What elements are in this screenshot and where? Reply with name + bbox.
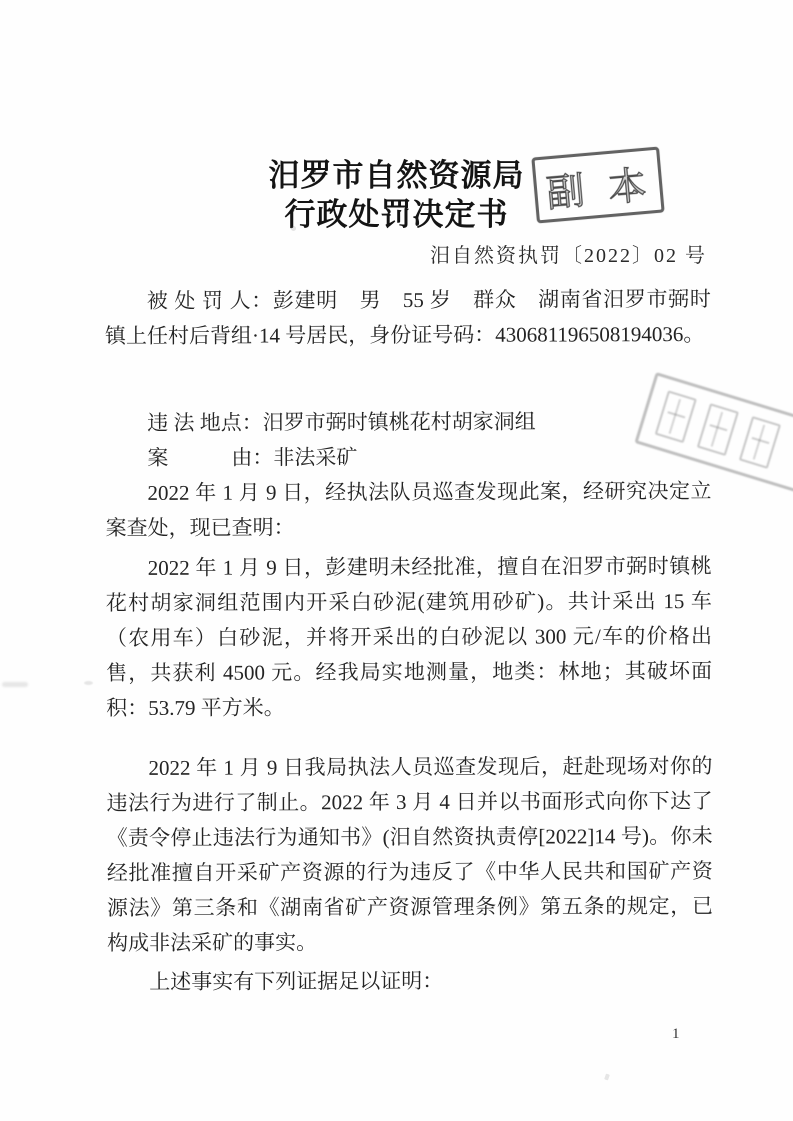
document-title: 汨罗市自然资源局 行政处罚决定书 <box>0 156 793 234</box>
document-body: 被 处 罚 人：彭建明 男 55 岁 群众 湖南省汨罗市弼时镇上任村后背组·14… <box>105 282 713 1000</box>
paragraph-evidence-intro: 上述事实有下列证据足以证明： <box>107 963 713 1000</box>
document-type-title: 行政处罚决定书 <box>0 195 793 234</box>
scan-artifact <box>604 1073 610 1080</box>
paragraph-violation-location: 违 法 地点：汨罗市弼时镇桃花村胡家洞组 <box>105 404 711 441</box>
scan-artifact <box>84 681 93 685</box>
paragraph-penalized-person: 被 处 罚 人：彭建明 男 55 岁 群众 湖南省汨罗市弼时镇上任村后背组·14… <box>105 282 711 354</box>
page-number: 1 <box>672 1026 680 1043</box>
paragraph-violation-facts: 2022 年 1 月 9 日，彭建明未经批准，擅自在汨罗市弼时镇桃花村胡家洞组范… <box>106 549 713 726</box>
faint-stamp-glyph <box>739 416 781 469</box>
scan-artifact <box>2 682 28 687</box>
document-number: 汨自然资执罚〔2022〕02 号 <box>430 239 707 268</box>
scan-artifact <box>291 226 296 231</box>
issuing-authority-title: 汨罗市自然资源局 <box>0 156 793 195</box>
copy-stamp-text: 副本 <box>524 151 672 218</box>
paragraph-case-filing: 2022 年 1 月 9 日，经执法队员巡查发现此案，经研究决定立案查处，现已查… <box>105 474 711 546</box>
faint-stamp-glyph <box>655 390 697 443</box>
scanned-document-page: 汨罗市自然资源局 行政处罚决定书 副本 汨自然资执罚〔2022〕02 号 被 处… <box>0 0 793 1121</box>
copy-stamp: 副本 <box>531 147 664 224</box>
faint-stamp-glyph <box>697 403 739 456</box>
paragraph-enforcement-actions: 2022 年 1 月 9 日我局执法人员巡查发现后，赶赴现场对你的违法行为进行了… <box>106 749 713 961</box>
paragraph-case-cause: 案 由：非法采矿 <box>105 439 711 476</box>
